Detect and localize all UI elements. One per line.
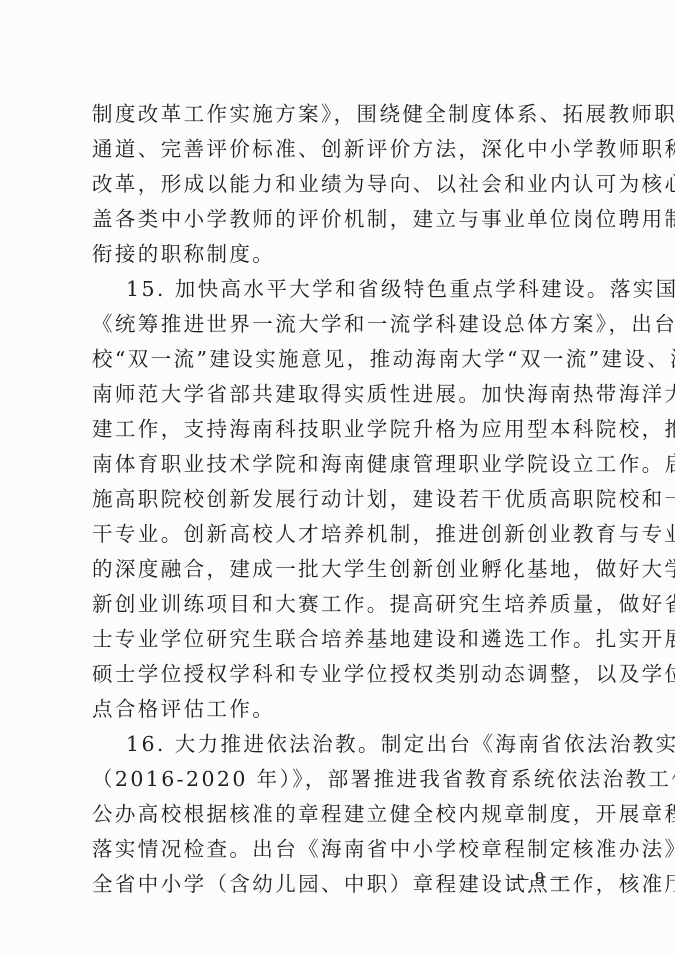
- text-line: 士专业学位研究生联合培养基地建设和遴选工作。扎实开展博士、: [92, 622, 598, 657]
- text-line: （2016-2020 年）》，部署推进我省教育系统依法治教工作。指导: [92, 762, 598, 797]
- body-text: 制度改革工作实施方案》，围绕健全制度体系、拓展教师职业发展 通道、完善评价标准、…: [92, 97, 600, 902]
- section-heading-15: 15. 加快高水平大学和省级特色重点学科建设。落实国务院: [92, 272, 598, 307]
- text-line: 新创业训练项目和大赛工作。提高研究生培养质量，做好省级硕: [92, 587, 598, 622]
- text-line: 南师范大学省部共建取得实质性进展。加快海南热带海洋大学筹: [92, 377, 598, 412]
- text-line: 公办高校根据核准的章程建立健全校内规章制度，开展章程执行: [92, 797, 598, 832]
- section-heading-16: 16. 大力推进依法治教。制定出台《海南省依法治教实施方案: [92, 727, 598, 762]
- document-page: 制度改革工作实施方案》，围绕健全制度体系、拓展教师职业发展 通道、完善评价标准、…: [0, 0, 675, 954]
- text-line: 校“双一流”建设实施意见，推动海南大学“双一流”建设、海: [92, 342, 598, 377]
- text-line: 衔接的职称制度。: [92, 237, 598, 272]
- text-line: 硕士学位授权学科和专业学位授权类别动态调整，以及学位授权: [92, 657, 598, 692]
- text-line: 建工作，支持海南科技职业学院升格为应用型本科院校，推动海: [92, 412, 598, 447]
- text-line: 《统筹推进世界一流大学和一流学科建设总体方案》，出台我省高: [92, 307, 598, 342]
- text-line: 制度改革工作实施方案》，围绕健全制度体系、拓展教师职业发展: [92, 97, 598, 132]
- text-line: 的深度融合，建成一批大学生创新创业孵化基地，做好大学生创: [92, 552, 598, 587]
- text-line: 点合格评估工作。: [92, 692, 598, 727]
- text-line: 干专业。创新高校人才培养机制，推进创新创业教育与专业教育: [92, 517, 598, 552]
- page-number: — 9 —: [505, 868, 575, 889]
- text-line: 施高职院校创新发展行动计划，建设若干优质高职院校和一批骨: [92, 482, 598, 517]
- text-line: 落实情况检查。出台《海南省中小学校章程制定核准办法》，推进: [92, 832, 598, 867]
- text-line: 盖各类中小学教师的评价机制，建立与事业单位岗位聘用制度相: [92, 202, 598, 237]
- text-line: 南体育职业技术学院和海南健康管理职业学院设立工作。启动实: [92, 447, 598, 482]
- text-line: 通道、完善评价标准、创新评价方法，深化中小学教师职称制度: [92, 132, 598, 167]
- text-line: 改革，形成以能力和业绩为导向、以社会和业内认可为核心、覆: [92, 167, 598, 202]
